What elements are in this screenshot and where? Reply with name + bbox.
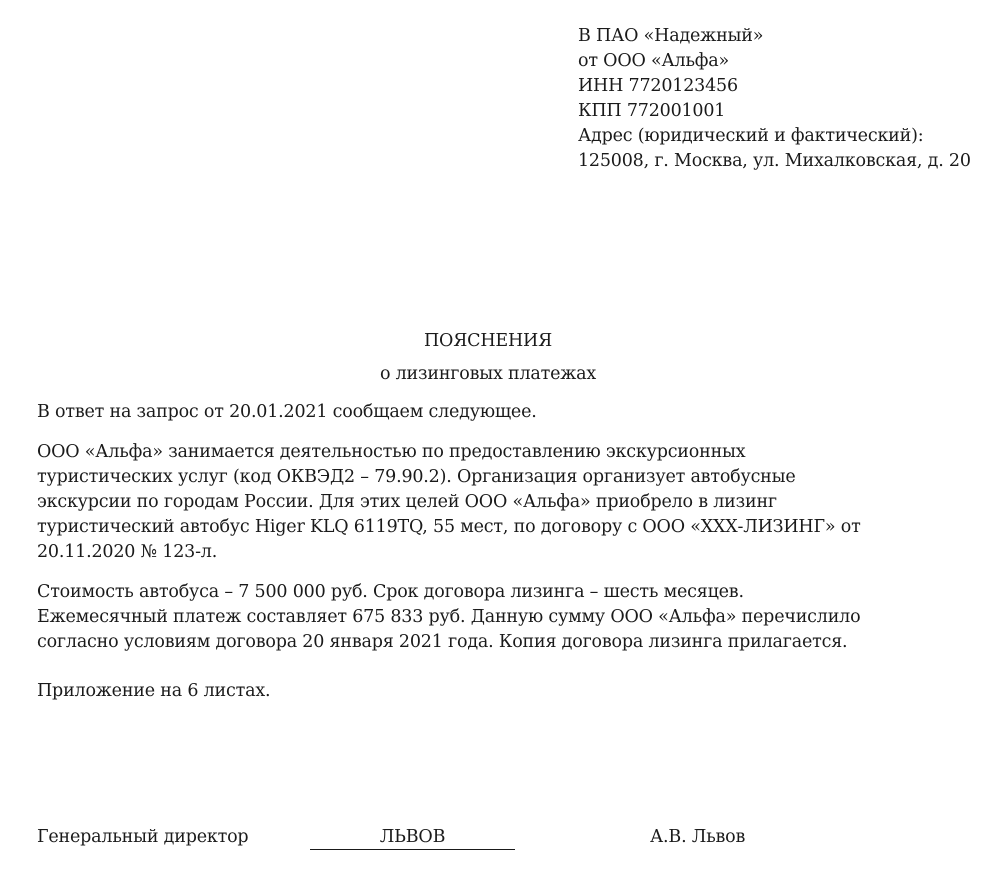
signatory-position: Генеральный директор — [37, 825, 248, 850]
paragraph-line: экскурсии по городам России. Для этих це… — [37, 490, 977, 515]
intro-line: В ответ на запрос от 20.01.2021 сообщаем… — [37, 400, 977, 425]
paragraph-line: согласно условиям договора 20 января 202… — [37, 630, 977, 655]
paragraph-line: туристический автобус Higer KLQ 6119TQ, … — [37, 515, 977, 540]
intro-paragraph: В ответ на запрос от 20.01.2021 сообщаем… — [37, 400, 977, 425]
paragraph-line: туристических услуг (код ОКВЭД2 – 79.90.… — [37, 465, 977, 490]
attachment-line: Приложение на 6 листах. — [37, 679, 977, 704]
addressee-sender: от ООО «Альфа» — [578, 49, 971, 74]
signature-block: Генеральный директор ЛЬВОВ А.В. Львов — [0, 825, 1002, 855]
document-title-block: ПОЯСНЕНИЯ о лизинговых платежах — [0, 325, 976, 391]
signatory-name: А.В. Львов — [650, 825, 745, 850]
attachment-note: Приложение на 6 листах. — [37, 679, 977, 704]
document-title: ПОЯСНЕНИЯ — [0, 325, 976, 358]
addressee-inn: ИНН 7720123456 — [578, 74, 971, 99]
addressee-recipient: В ПАО «Надежный» — [578, 24, 971, 49]
document-subtitle: о лизинговых платежах — [0, 358, 976, 391]
paragraph-line: ООО «Альфа» занимается деятельностью по … — [37, 440, 977, 465]
addressee-address-label: Адрес (юридический и фактический): — [578, 124, 971, 149]
activity-paragraph: ООО «Альфа» занимается деятельностью по … — [37, 440, 977, 565]
paragraph-line: Ежемесячный платеж составляет 675 833 ру… — [37, 605, 977, 630]
addressee-kpp: КПП 772001001 — [578, 99, 971, 124]
paragraph-line: 20.11.2020 № 123-л. — [37, 540, 977, 565]
payment-paragraph: Стоимость автобуса – 7 500 000 руб. Срок… — [37, 580, 977, 655]
signature-line: ЛЬВОВ — [310, 825, 515, 850]
addressee-block: В ПАО «Надежный» от ООО «Альфа» ИНН 7720… — [578, 24, 971, 174]
addressee-address: 125008, г. Москва, ул. Михалковская, д. … — [578, 149, 971, 174]
paragraph-line: Стоимость автобуса – 7 500 000 руб. Срок… — [37, 580, 977, 605]
